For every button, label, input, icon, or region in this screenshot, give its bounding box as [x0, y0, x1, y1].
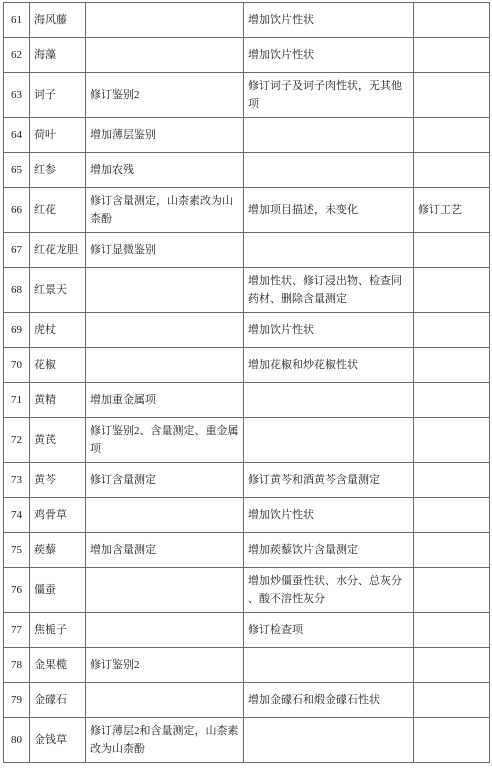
- standard-revision-cell: [86, 498, 244, 533]
- decoction-piece-revision-cell: [244, 233, 414, 268]
- herb-name-cell: 黄芪: [30, 418, 86, 463]
- decoction-piece-revision-cell: [244, 418, 414, 463]
- herb-name-cell: 红景天: [30, 268, 86, 313]
- standard-revision-cell: [86, 3, 244, 38]
- decoction-piece-revision-cell: [244, 648, 414, 683]
- decoction-piece-revision-cell: 增加金礞石和煅金礞石性状: [244, 683, 414, 718]
- process-revision-cell: [414, 683, 490, 718]
- decoction-piece-revision-cell: 增加花椒和炒花椒性状: [244, 348, 414, 383]
- process-revision-cell: [414, 498, 490, 533]
- process-revision-cell: [414, 613, 490, 648]
- table-row: 78金果榄修订鉴别2: [4, 648, 490, 683]
- row-number-cell: 64: [4, 118, 30, 153]
- standard-revision-cell: [86, 38, 244, 73]
- standard-revision-cell: [86, 613, 244, 648]
- standard-revision-cell: 增加农残: [86, 153, 244, 188]
- decoction-piece-revision-cell: 增加性状、修订浸出物、检查同药材、删除含量测定: [244, 268, 414, 313]
- process-revision-cell: [414, 568, 490, 613]
- herb-name-cell: 僵蚕: [30, 568, 86, 613]
- table-row: 77焦栀子修订检查项: [4, 613, 490, 648]
- decoction-piece-revision-cell: [244, 118, 414, 153]
- herb-name-cell: 金礞石: [30, 683, 86, 718]
- process-revision-cell: 修订工艺: [414, 188, 490, 233]
- table-row: 79金礞石增加金礞石和煅金礞石性状: [4, 683, 490, 718]
- row-number-cell: 67: [4, 233, 30, 268]
- decoction-piece-revision-cell: 增加蒺藜饮片含量测定: [244, 533, 414, 568]
- standard-revision-cell: 修订鉴别2、含量测定、重金属项: [86, 418, 244, 463]
- process-revision-cell: [414, 648, 490, 683]
- row-number-cell: 77: [4, 613, 30, 648]
- herb-name-cell: 海藻: [30, 38, 86, 73]
- row-number-cell: 62: [4, 38, 30, 73]
- table-row: 72黄芪修订鉴别2、含量测定、重金属项: [4, 418, 490, 463]
- herb-name-cell: 荷叶: [30, 118, 86, 153]
- decoction-piece-revision-cell: [244, 383, 414, 418]
- row-number-cell: 75: [4, 533, 30, 568]
- table-row: 71黄精增加重金属项: [4, 383, 490, 418]
- decoction-piece-revision-cell: 增加饮片性状: [244, 313, 414, 348]
- row-number-cell: 73: [4, 463, 30, 498]
- process-revision-cell: [414, 118, 490, 153]
- table-row: 61海风藤增加饮片性状: [4, 3, 490, 38]
- herb-name-cell: 金钱草: [30, 718, 86, 763]
- decoction-piece-revision-cell: [244, 153, 414, 188]
- decoction-piece-revision-cell: 增加饮片性状: [244, 3, 414, 38]
- herb-name-cell: 焦栀子: [30, 613, 86, 648]
- decoction-piece-revision-cell: 增加饮片性状: [244, 498, 414, 533]
- decoction-piece-revision-cell: 增加饮片性状: [244, 38, 414, 73]
- standard-revision-cell: 修订薄层2和含量测定，山柰素改为山柰酚: [86, 718, 244, 763]
- herb-name-cell: 虎杖: [30, 313, 86, 348]
- decoction-piece-revision-cell: [244, 718, 414, 763]
- row-number-cell: 72: [4, 418, 30, 463]
- process-revision-cell: [414, 3, 490, 38]
- table-body: 61海风藤增加饮片性状62海藻增加饮片性状63诃子修订鉴别2修订诃子及诃子肉性状…: [4, 3, 490, 763]
- table-row: 63诃子修订鉴别2修订诃子及诃子肉性状，无其他项: [4, 73, 490, 118]
- row-number-cell: 61: [4, 3, 30, 38]
- decoction-piece-revision-cell: 修订诃子及诃子肉性状，无其他项: [244, 73, 414, 118]
- standard-revision-cell: 修订鉴别2: [86, 648, 244, 683]
- row-number-cell: 74: [4, 498, 30, 533]
- herb-name-cell: 蒺藜: [30, 533, 86, 568]
- table-row: 80金钱草修订薄层2和含量测定，山柰素改为山柰酚: [4, 718, 490, 763]
- standard-revision-cell: [86, 268, 244, 313]
- row-number-cell: 79: [4, 683, 30, 718]
- process-revision-cell: [414, 533, 490, 568]
- standard-revision-cell: [86, 313, 244, 348]
- process-revision-cell: [414, 348, 490, 383]
- row-number-cell: 76: [4, 568, 30, 613]
- standard-revision-cell: [86, 683, 244, 718]
- process-revision-cell: [414, 73, 490, 118]
- decoction-piece-revision-cell: 修订检查项: [244, 613, 414, 648]
- table-row: 70花椒增加花椒和炒花椒性状: [4, 348, 490, 383]
- row-number-cell: 69: [4, 313, 30, 348]
- table-row: 69虎杖增加饮片性状: [4, 313, 490, 348]
- process-revision-cell: [414, 268, 490, 313]
- row-number-cell: 71: [4, 383, 30, 418]
- decoction-piece-revision-cell: 修订黄芩和酒黄芩含量测定: [244, 463, 414, 498]
- table-row: 74鸡骨草增加饮片性状: [4, 498, 490, 533]
- table-row: 65红参增加农残: [4, 153, 490, 188]
- process-revision-cell: [414, 233, 490, 268]
- herb-name-cell: 黄芩: [30, 463, 86, 498]
- herb-name-cell: 海风藤: [30, 3, 86, 38]
- standard-revision-cell: 增加薄层鉴别: [86, 118, 244, 153]
- table-row: 73黄芩修订含量测定修订黄芩和酒黄芩含量测定: [4, 463, 490, 498]
- decoction-piece-revision-cell: 增加炒僵蚕性状、水分、总灰分、酸不溶性灰分: [244, 568, 414, 613]
- decoction-piece-revision-cell: 增加项目描述，未变化: [244, 188, 414, 233]
- herb-name-cell: 诃子: [30, 73, 86, 118]
- table-row: 76僵蚕增加炒僵蚕性状、水分、总灰分、酸不溶性灰分: [4, 568, 490, 613]
- row-number-cell: 70: [4, 348, 30, 383]
- herb-name-cell: 花椒: [30, 348, 86, 383]
- process-revision-cell: [414, 418, 490, 463]
- standard-revision-cell: [86, 568, 244, 613]
- table-row: 68红景天增加性状、修订浸出物、检查同药材、删除含量测定: [4, 268, 490, 313]
- herb-name-cell: 红花龙胆: [30, 233, 86, 268]
- standard-revision-cell: 修订含量测定: [86, 463, 244, 498]
- standard-revision-cell: 修订含量测定，山柰素改为山柰酚: [86, 188, 244, 233]
- table-row: 64荷叶增加薄层鉴别: [4, 118, 490, 153]
- row-number-cell: 63: [4, 73, 30, 118]
- herb-name-cell: 鸡骨草: [30, 498, 86, 533]
- pharmacopoeia-revision-table: 61海风藤增加饮片性状62海藻增加饮片性状63诃子修订鉴别2修订诃子及诃子肉性状…: [3, 2, 490, 763]
- standard-revision-cell: 修订显微鉴别: [86, 233, 244, 268]
- process-revision-cell: [414, 383, 490, 418]
- herb-name-cell: 红参: [30, 153, 86, 188]
- row-number-cell: 80: [4, 718, 30, 763]
- table-row: 62海藻增加饮片性状: [4, 38, 490, 73]
- process-revision-cell: [414, 463, 490, 498]
- row-number-cell: 66: [4, 188, 30, 233]
- table-row: 66红花修订含量测定，山柰素改为山柰酚增加项目描述，未变化修订工艺: [4, 188, 490, 233]
- row-number-cell: 65: [4, 153, 30, 188]
- document-page: 61海风藤增加饮片性状62海藻增加饮片性状63诃子修订鉴别2修订诃子及诃子肉性状…: [0, 0, 492, 768]
- row-number-cell: 68: [4, 268, 30, 313]
- herb-name-cell: 黄精: [30, 383, 86, 418]
- table-row: 67红花龙胆修订显微鉴别: [4, 233, 490, 268]
- table-row: 75蒺藜增加含量测定增加蒺藜饮片含量测定: [4, 533, 490, 568]
- process-revision-cell: [414, 38, 490, 73]
- process-revision-cell: [414, 153, 490, 188]
- standard-revision-cell: 修订鉴别2: [86, 73, 244, 118]
- process-revision-cell: [414, 718, 490, 763]
- standard-revision-cell: [86, 348, 244, 383]
- process-revision-cell: [414, 313, 490, 348]
- row-number-cell: 78: [4, 648, 30, 683]
- standard-revision-cell: 增加含量测定: [86, 533, 244, 568]
- standard-revision-cell: 增加重金属项: [86, 383, 244, 418]
- herb-name-cell: 红花: [30, 188, 86, 233]
- herb-name-cell: 金果榄: [30, 648, 86, 683]
